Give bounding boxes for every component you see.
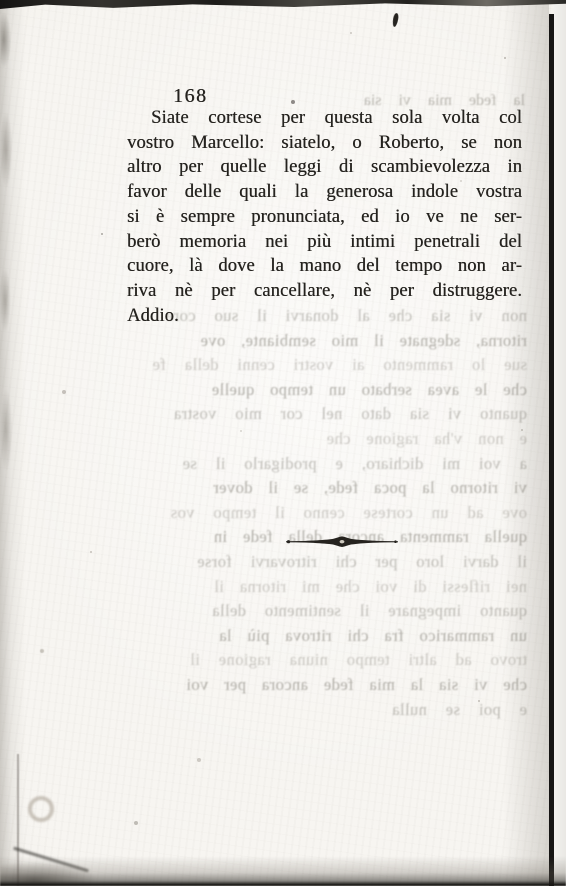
text-line: Addio. (127, 304, 522, 329)
bleedthrough-line: ritorna, sdegnate il mio sembiante, ove (121, 329, 527, 354)
body-text: Siate cortese per questa sola volta col … (127, 106, 522, 328)
scan-margin-right (554, 0, 566, 886)
text-line: favor delle quali la generosa indole vos… (127, 180, 522, 205)
bleedthrough-line: quanto vi sia dato nel cor mio vostra (121, 402, 527, 427)
bleedthrough-line: un rammarico fra chi ritrova più la (121, 624, 527, 649)
bleedthrough-line: e poi se nulla (121, 698, 527, 721)
scan-edge-top (0, 0, 566, 9)
scan-edge-right-line (549, 14, 554, 886)
text-line: riva nè per cancellare, nè per distrugge… (127, 279, 522, 304)
bleedthrough-line: vi ritorno la poca fede, se il dover (121, 476, 527, 501)
bleedthrough-line: che le avea serbato un tempo quelle (121, 378, 527, 403)
text-line: vostro Marcello: siatelo, o Roberto, se … (127, 131, 522, 156)
page-number: 168 (173, 85, 208, 108)
bleedthrough-line: che vi sia la mia fede ancora per voi (121, 673, 527, 698)
bleedthrough-line: e non v'ha ragione che (121, 427, 527, 452)
bleedthrough-line: a voi mi dichiaro, e prodigarlo il se (121, 452, 527, 477)
text-line: berò memoria nei più intimi penetrali de… (127, 230, 522, 255)
bleedthrough-text: non vi sia che al donarvi il suo corerit… (121, 304, 527, 720)
bleedthrough-line: sue lo rammento ai vostri cenni della fe (121, 353, 527, 378)
scanned-book-page: la fede mia vi sia non vi sia che al don… (0, 0, 566, 886)
bleedthrough-line: trovo ad altri tempo niuna ragione il (121, 648, 527, 673)
bleedthrough-line: il darvi loro per chi ritrovarvi forse (121, 550, 527, 575)
ink-blot-mark (392, 13, 399, 28)
scan-edge-left (0, 0, 26, 886)
stain-ring (28, 796, 54, 822)
bleedthrough-line: quanto impegnare il sentimento della (121, 599, 527, 624)
text-line: si è sempre pronunciata, ed io ve ne ser… (127, 205, 522, 230)
bleedthrough-line: ove ad un cortese cenno il tempo vos (121, 501, 527, 526)
bleedthrough-line: nei riflessi di voi che mi ritorna il (121, 575, 527, 600)
swelled-rule-divider-icon (286, 535, 398, 549)
scan-edge-bottom (0, 856, 566, 886)
text-line: altro per quelle leggi di scambievolezza… (127, 155, 522, 180)
text-line: Siate cortese per questa sola volta col (127, 106, 522, 131)
page-gutter-shadow (503, 0, 549, 886)
text-line: cuore, là dove la mano del tempo non ar- (127, 254, 522, 279)
